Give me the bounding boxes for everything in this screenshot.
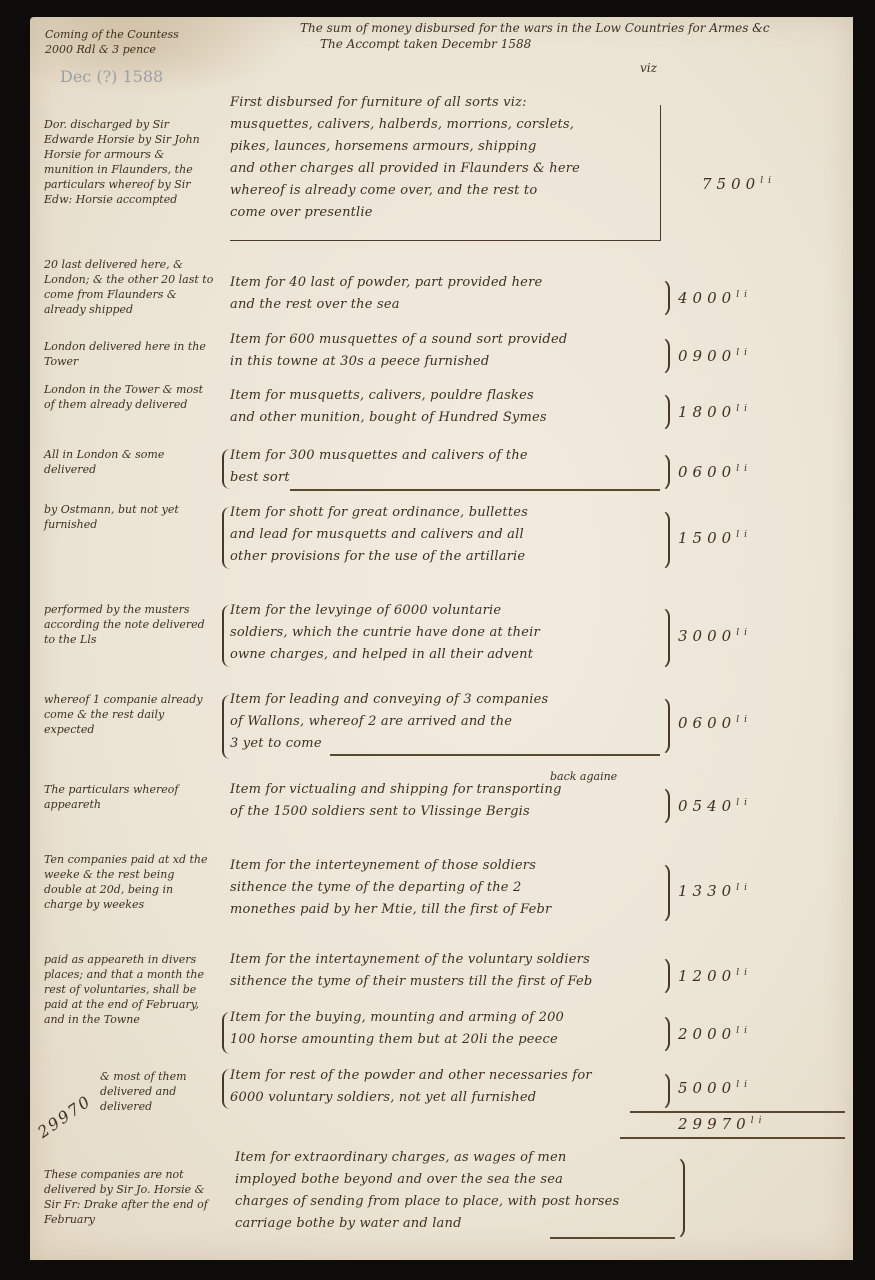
- entry-amount: 4000li: [678, 289, 752, 307]
- margin-note: performed by the musters according the n…: [44, 602, 214, 647]
- brace: [660, 1072, 670, 1110]
- entry-line: monethes paid by her Mtie, till the firs…: [230, 899, 660, 921]
- margin-note: London in the Tower & most of them alrea…: [44, 382, 214, 412]
- document-heading: The sum of money disbursed for the wars …: [300, 20, 840, 52]
- entry-text: Item for extraordinary charges, as wages…: [235, 1147, 675, 1235]
- entry-amount: 2000li: [678, 1025, 752, 1043]
- fill-rule: [330, 754, 660, 756]
- brace: [660, 453, 670, 491]
- entry-text: Item for leading and conveying of 3 comp…: [230, 689, 660, 755]
- entry-line: other provisions for the use of the arti…: [230, 546, 660, 568]
- heading-line-1: The sum of money disbursed for the wars …: [300, 20, 840, 36]
- entry-text: Item for the intertaynement of the volun…: [230, 949, 660, 993]
- entry-text: Item for 600 musquettes of a sound sort …: [230, 329, 660, 373]
- entry-line: Item for the levyinge of 6000 voluntarie: [230, 600, 660, 622]
- entry-amount: 1330li: [678, 882, 752, 900]
- top-left-note: Coming of the Countess 2000 Rdl & 3 penc…: [45, 27, 275, 57]
- entry-text: Item for the levyinge of 6000 voluntarie…: [230, 600, 660, 666]
- left-brace: [222, 507, 230, 569]
- top-note-line: 2000 Rdl & 3 pence: [45, 42, 275, 57]
- entry-amount: 0600li: [678, 714, 752, 732]
- margin-note: paid as appeareth in divers places; and …: [44, 952, 214, 1027]
- entry-text: Item for shott for great ordinance, bull…: [230, 502, 660, 568]
- entry-amount: 0900li: [678, 347, 752, 365]
- brace: [660, 607, 670, 669]
- entry-text: Item for musquetts, calivers, pouldre fl…: [230, 385, 660, 429]
- brace: [675, 1157, 685, 1239]
- entry-text: Item for the buying, mounting and arming…: [230, 1007, 660, 1051]
- entry-line: soldiers, which the cuntrie have done at…: [230, 622, 660, 644]
- entry-line: owne charges, and helped in all their ad…: [230, 644, 660, 666]
- left-brace: [222, 695, 230, 759]
- entry-line: Item for leading and conveying of 3 comp…: [230, 689, 660, 711]
- margin-note: Ten companies paid at xd the weeke & the…: [44, 852, 214, 912]
- margin-total: 29970: [34, 1091, 95, 1141]
- brace: [660, 697, 670, 755]
- margin-note: All in London & some delivered: [44, 447, 214, 477]
- entry-line: 100 horse amounting them but at 20li the…: [230, 1029, 660, 1051]
- entry-line: Item for the interteynement of those sol…: [230, 855, 660, 877]
- brace: [660, 1015, 670, 1053]
- entry-line: of the 1500 soldiers sent to Vlissinge B…: [230, 801, 660, 823]
- entry-line: 3 yet to come: [230, 733, 660, 755]
- total-rule: [630, 1111, 845, 1113]
- margin-note: These companies are not delivered by Sir…: [44, 1167, 214, 1227]
- margin-note: London delivered here in the Tower: [44, 339, 214, 369]
- archival-date: Dec (?) 1588: [60, 67, 163, 86]
- entry-line: Item for musquetts, calivers, pouldre fl…: [230, 385, 660, 407]
- entry-line: imployed bothe beyond and over the sea t…: [235, 1169, 675, 1191]
- entry-amount: 0540li: [678, 797, 752, 815]
- brace: [660, 279, 670, 317]
- entry-text: Item for 40 last of powder, part provide…: [230, 272, 660, 316]
- brace: [660, 510, 670, 570]
- brace: [660, 863, 670, 923]
- margin-note: Dor. discharged by Sir Edwarde Horsie by…: [44, 117, 214, 207]
- brace: [660, 957, 670, 995]
- total-underline: [620, 1137, 845, 1139]
- margin-note: & most of them delivered and delivered: [100, 1069, 220, 1114]
- entry-line: Item for 40 last of powder, part provide…: [230, 272, 660, 294]
- entry-line: Item for the buying, mounting and arming…: [230, 1007, 660, 1029]
- entry-line: Item for extraordinary charges, as wages…: [235, 1147, 675, 1169]
- entry-line: and other munition, bought of Hundred Sy…: [230, 407, 660, 429]
- left-brace: [222, 605, 230, 667]
- entry-line: charges of sending from place to place, …: [235, 1191, 675, 1213]
- margin-note: The particulars whereof appeareth: [44, 782, 214, 812]
- entry-line: Item for 600 musquettes of a sound sort …: [230, 329, 660, 351]
- fill-rule: [550, 1237, 675, 1239]
- entry-line: Item for shott for great ordinance, bull…: [230, 502, 660, 524]
- entry-line: Item for 300 musquettes and calivers of …: [230, 445, 660, 467]
- entry-line: of Wallons, whereof 2 are arrived and th…: [230, 711, 660, 733]
- entry-line: in this towne at 30s a peece furnished: [230, 351, 660, 373]
- entry-amount: 1800li: [678, 403, 752, 421]
- entry-line: best sort: [230, 467, 660, 489]
- manuscript-page: Coming of the Countess 2000 Rdl & 3 penc…: [30, 17, 853, 1260]
- margin-note: whereof 1 companie already come & the re…: [44, 692, 214, 737]
- entry-line: and the rest over the sea: [230, 294, 660, 316]
- entry-line: 6000 voluntary soldiers, not yet all fur…: [230, 1087, 660, 1109]
- entry-line: carriage bothe by water and land: [235, 1213, 675, 1235]
- heading-line-2: The Accompt taken Decembr 1588: [300, 36, 840, 52]
- entry-line: Item for rest of the powder and other ne…: [230, 1065, 660, 1087]
- entry-text: Item for victualing and shipping for tra…: [230, 779, 660, 823]
- entry-text: Item for rest of the powder and other ne…: [230, 1065, 660, 1109]
- left-brace: [222, 449, 230, 489]
- entry-amount: 3000li: [678, 627, 752, 645]
- entry-text: Item for the interteynement of those sol…: [230, 855, 660, 921]
- heading-viz: viz: [640, 60, 657, 76]
- top-note-line: Coming of the Countess: [45, 27, 275, 42]
- entry-line: sithence the tyme of the departing of th…: [230, 877, 660, 899]
- entry-box: [230, 105, 661, 241]
- left-brace: [222, 1012, 230, 1054]
- brace: [660, 393, 670, 431]
- brace: [660, 337, 670, 375]
- left-brace: [222, 1069, 230, 1109]
- brace: [660, 787, 670, 825]
- entry-line: sithence the tyme of their musters till …: [230, 971, 660, 993]
- entry-line: and lead for musquetts and calivers and …: [230, 524, 660, 546]
- entry-amount: 0600li: [678, 463, 752, 481]
- entry-amount: 5000li: [678, 1079, 752, 1097]
- entry-amount: 7500li: [702, 175, 776, 193]
- entry-amount: 1200li: [678, 967, 752, 985]
- entry-text: Item for 300 musquettes and calivers of …: [230, 445, 660, 489]
- entry-amount: 1500li: [678, 529, 752, 547]
- fill-rule: [290, 489, 660, 491]
- margin-note: by Ostmann, but not yet furnished: [44, 502, 214, 532]
- total-amount: 29970li: [678, 1115, 766, 1133]
- entry-line: Item for the intertaynement of the volun…: [230, 949, 660, 971]
- margin-note: 20 last delivered here, & London; & the …: [44, 257, 214, 317]
- entry-line: Item for victualing and shipping for tra…: [230, 779, 660, 801]
